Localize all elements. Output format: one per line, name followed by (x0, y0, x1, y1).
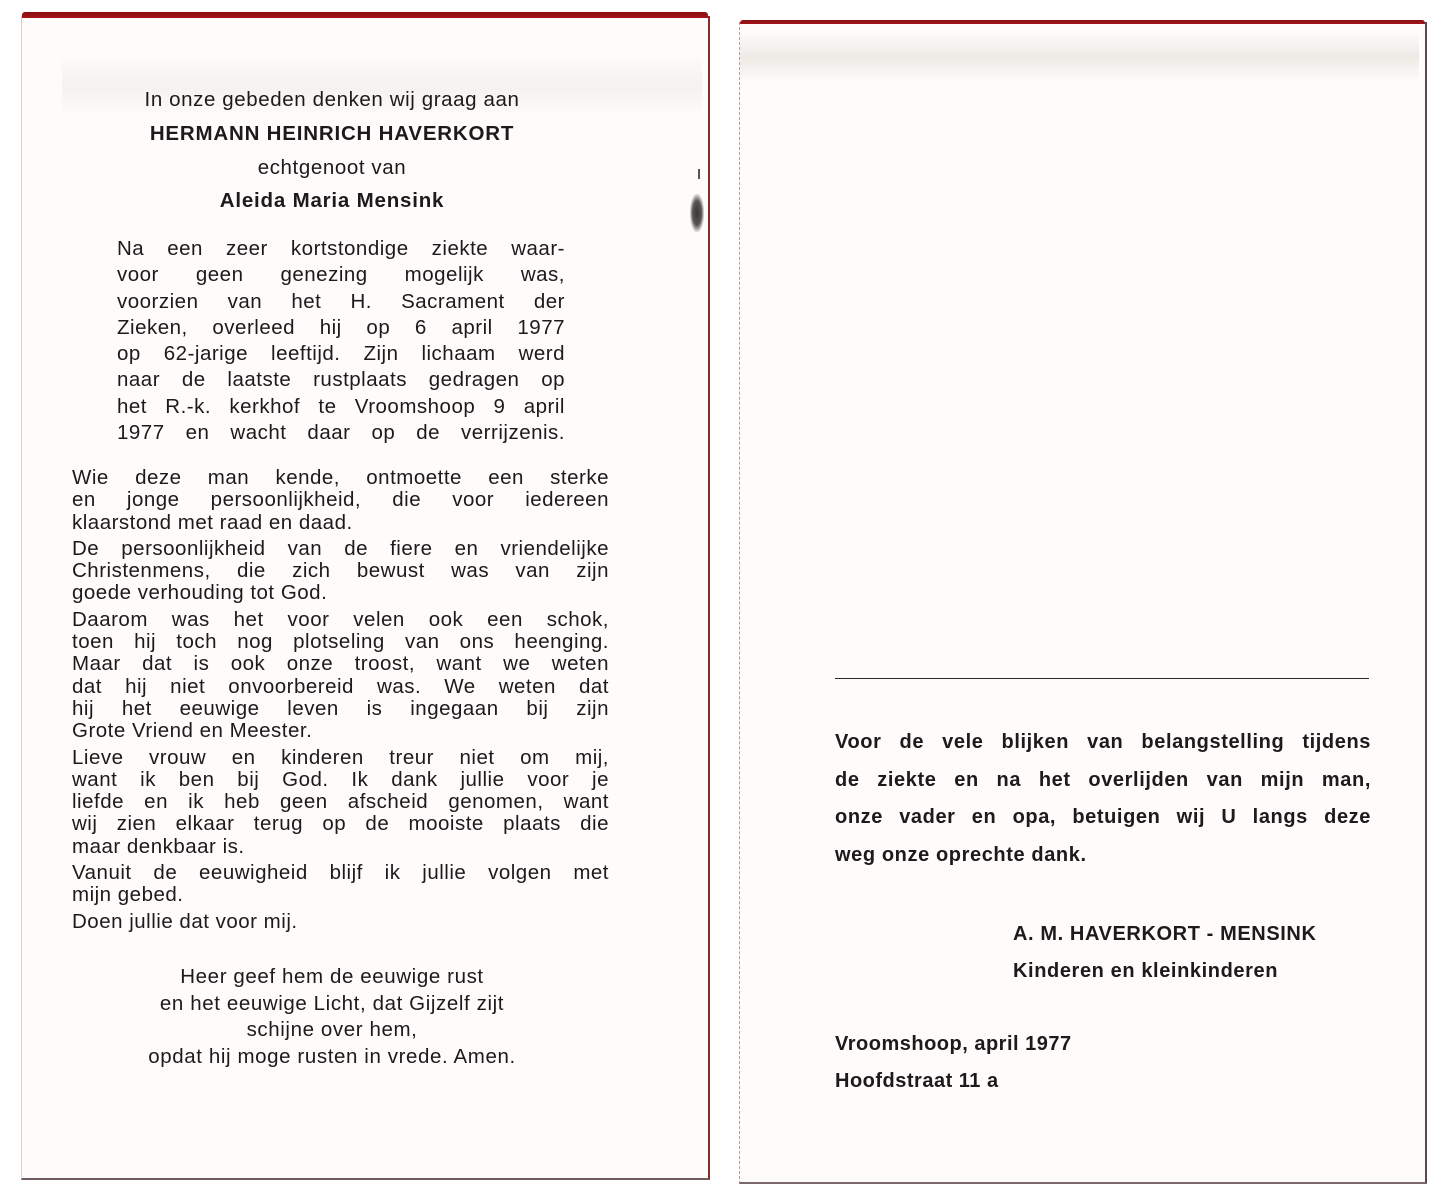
obituary-paragraph: Na een zeer kortstondige ziekte waar- vo… (117, 236, 565, 446)
signer-name: A. M. HAVERKORT - MENSINK (1013, 916, 1317, 953)
prayer-line: en het eeuwige Licht, dat Gijzelf zijt (22, 991, 642, 1018)
memorial-line: goede verhouding tot God. (72, 582, 609, 604)
spouse-label: echtgenoot van (22, 156, 642, 180)
section-divider (835, 678, 1369, 679)
memorial-line: Grote Vriend en Meester. (72, 720, 609, 742)
memorial-line: want ik ben bij God. Ik dank jullie voor… (72, 769, 609, 791)
intro-line: In onze gebeden denken wij graag aan (22, 88, 642, 112)
signature-block: A. M. HAVERKORT - MENSINK Kinderen en kl… (1013, 916, 1317, 990)
memorial-line: dat hij niet onvoorbereid was. We weten … (72, 676, 609, 698)
place-date: Vroomshoop, april 1977 (835, 1026, 1072, 1063)
card-edge-red (22, 12, 708, 18)
ink-smudge (690, 194, 704, 232)
memorial-line: Wie deze man kende, ontmoette een sterke (72, 467, 609, 489)
memorial-card-back: Voor de vele blijken van belangstelling … (739, 22, 1427, 1184)
memorial-line: Lieve vrouw en kinderen treur niet om mi… (72, 747, 609, 769)
memorial-line: toen hij toch nog plotseling van ons hee… (72, 631, 609, 653)
prayer-line: opdat hij moge rusten in vrede. Amen. (22, 1044, 642, 1071)
memorial-line: De persoonlijkheid van de fiere en vrien… (72, 538, 609, 560)
place-address-block: Vroomshoop, april 1977 Hoofdstraat 11 a (835, 1026, 1072, 1100)
obituary-line: voorzien van het H. Sacrament der (117, 289, 565, 315)
memorial-line: hij het eeuwige leven is ingegaan bij zi… (72, 698, 609, 720)
paper-shade (740, 32, 1419, 82)
thanks-line: weg onze oprechte dank. (835, 837, 1371, 875)
obituary-line: het R.-k. kerkhof te Vroomshoop 9 april (117, 394, 565, 420)
thank-you-text: Voor de vele blijken van belangstelling … (835, 724, 1371, 875)
prayer-line: Heer geef hem de eeuwige rust (22, 964, 642, 991)
memorial-text: Wie deze man kende, ontmoette een sterke… (72, 467, 609, 933)
card-edge-red (740, 20, 1425, 24)
thanks-line: Voor de vele blijken van belangstelling … (835, 724, 1371, 762)
obituary-line: voor geen genezing mogelijk was, (117, 262, 565, 288)
memorial-line: Maar dat is ook onze troost, want we wet… (72, 653, 609, 675)
memorial-line: Vanuit de eeuwigheid blijf ik jullie vol… (72, 862, 609, 884)
obituary-line: naar de laatste rustplaats gedragen op (117, 367, 565, 393)
memorial-line: Doen jullie dat voor mij. (72, 911, 609, 933)
address: Hoofdstraat 11 a (835, 1063, 1072, 1100)
obituary-line: Zieken, overleed hij op 6 april 1977 (117, 315, 565, 341)
deceased-name: HERMANN HEINRICH HAVERKORT (22, 122, 642, 146)
memorial-line: mijn gebed. (72, 884, 609, 906)
obituary-line: Na een zeer kortstondige ziekte waar- (117, 236, 565, 262)
obituary-line: op 62-jarige leeftijd. Zijn lichaam werd (117, 341, 565, 367)
ink-mark (698, 169, 700, 179)
prayer-line: schijne over hem, (22, 1017, 642, 1044)
memorial-line: Daarom was het voor velen ook een schok, (72, 609, 609, 631)
memorial-line: en jonge persoonlijkheid, die voor ieder… (72, 489, 609, 511)
memorial-line: wij zien elkaar terug op de mooiste plaa… (72, 813, 609, 835)
memorial-line: klaarstond met raad en daad. (72, 512, 609, 534)
thanks-line: onze vader en opa, betuigen wij U langs … (835, 799, 1371, 837)
signer-family: Kinderen en kleinkinderen (1013, 953, 1317, 990)
closing-prayer: Heer geef hem de eeuwige rust en het eeu… (22, 964, 642, 1070)
spouse-name: Aleida Maria Mensink (22, 189, 642, 213)
memorial-line: liefde en ik heb geen afscheid genomen, … (72, 791, 609, 813)
obituary-line: 1977 en wacht daar op de verrijzenis. (117, 420, 565, 446)
memorial-card-front: In onze gebeden denken wij graag aan HER… (21, 16, 710, 1180)
memorial-line: maar denkbaar is. (72, 836, 609, 858)
memorial-line: Christenmens, die zich bewust was van zi… (72, 560, 609, 582)
thanks-line: de ziekte en na het overlijden van mijn … (835, 762, 1371, 800)
